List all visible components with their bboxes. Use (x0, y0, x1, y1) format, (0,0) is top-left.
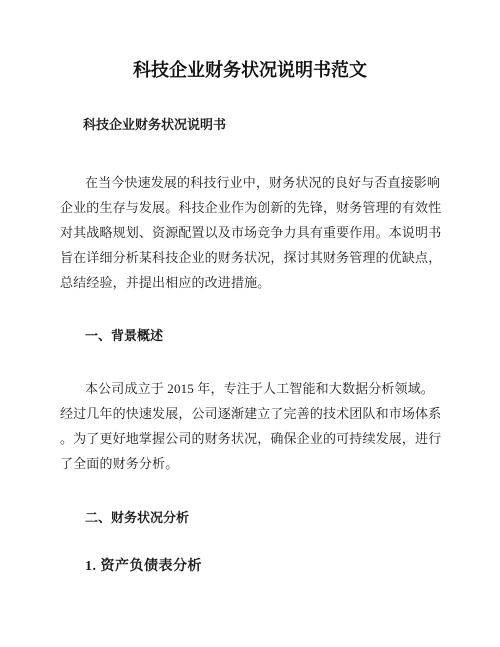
paragraph-line: 总结经验，并提出相应的改进措施。 (60, 270, 448, 295)
document-title: 科技企业财务状况说明书范文 (0, 57, 500, 83)
document-subtitle: 科技企业财务状况说明书 (60, 115, 471, 135)
paragraph-line: 了全面的财务分析。 (60, 451, 448, 476)
subsection-heading-balance-sheet: 1. 资产负债表分析 (60, 556, 473, 577)
paragraph-line: 在当今快速发展的科技行业中，财务状况的良好与否直接影响 (60, 170, 448, 195)
paragraph-line: 经过几年的快速发展，公司逐渐建立了完善的技术团队和市场体系 (60, 401, 448, 426)
section-heading-background: 一、背景概述 (60, 326, 473, 346)
paragraph-line: 企业的生存与发展。科技企业作为创新的先锋，财务管理的有效性 (60, 195, 448, 220)
intro-paragraph: 在当今快速发展的科技行业中，财务状况的良好与否直接影响企业的生存与发展。科技企业… (60, 170, 448, 295)
section-heading-financial-analysis: 二、财务状况分析 (60, 508, 473, 528)
document-page: 科技企业财务状况说明书范文 科技企业财务状况说明书 在当今快速发展的科技行业中，… (0, 0, 500, 647)
paragraph-line: 。为了更好地掌握公司的财务状况，确保企业的可持续发展，进行 (60, 426, 448, 451)
background-paragraph: 本公司成立于 2015 年，专注于人工智能和大数据分析领域。经过几年的快速发展，… (60, 376, 448, 476)
paragraph-line: 旨在详细分析某科技企业的财务状况，探讨其财务管理的优缺点， (60, 245, 448, 270)
paragraph-line: 本公司成立于 2015 年，专注于人工智能和大数据分析领域。 (60, 376, 448, 401)
paragraph-line: 对其战略规划、资源配置以及市场竞争力具有重要作用。本说明书 (60, 220, 448, 245)
